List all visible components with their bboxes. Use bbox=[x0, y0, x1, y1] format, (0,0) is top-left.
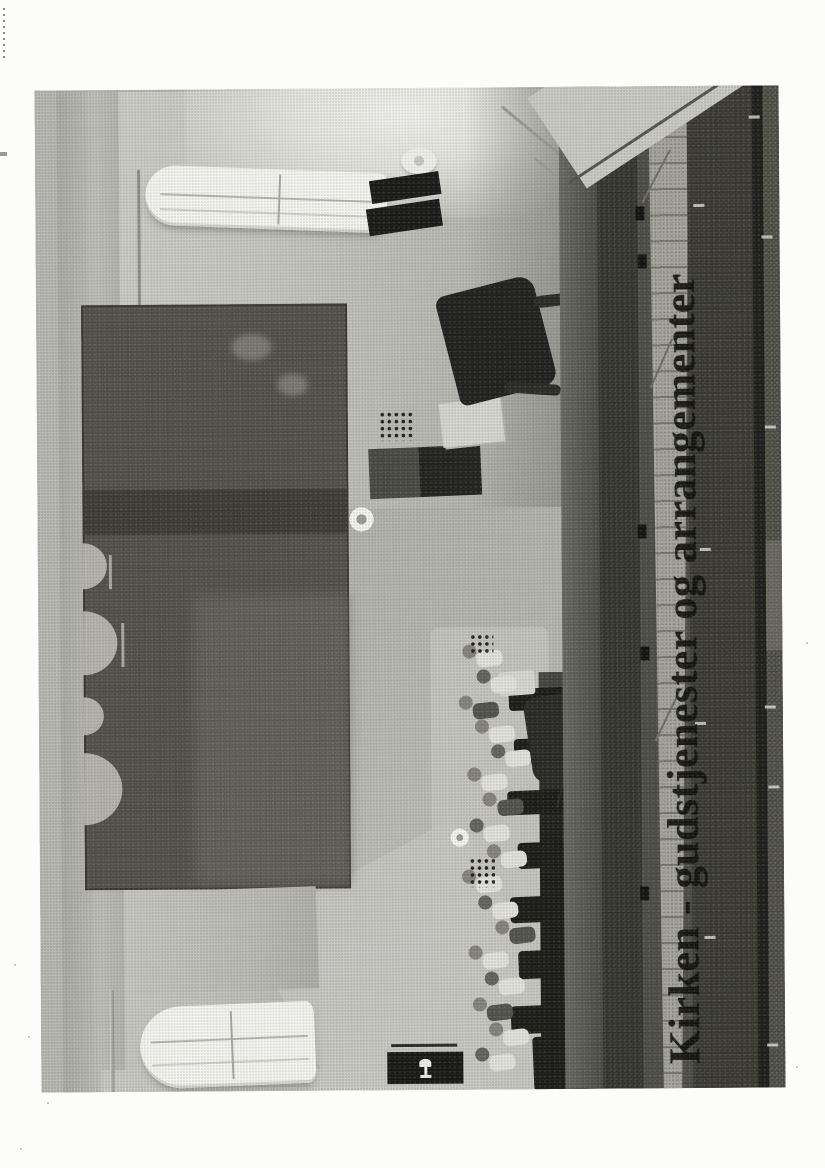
mortar-dash bbox=[768, 785, 779, 788]
window-mullion bbox=[230, 1011, 235, 1080]
church-interior-photo: Kirken - gudstjenester og arrangementer bbox=[35, 85, 786, 1092]
person-body bbox=[497, 798, 525, 817]
brick-dark-strip bbox=[596, 86, 643, 1088]
round-wall-lamp bbox=[347, 505, 375, 533]
scan-speck bbox=[806, 642, 808, 644]
brick-header bbox=[638, 524, 647, 538]
person-head bbox=[473, 997, 487, 1011]
round-wall-lamp bbox=[450, 828, 470, 848]
person-body bbox=[498, 977, 526, 996]
scan-artifact-dotline bbox=[3, 8, 5, 60]
person-body bbox=[481, 773, 509, 792]
person-head bbox=[482, 792, 496, 806]
person-head bbox=[475, 1047, 489, 1061]
table-lamp-icon bbox=[420, 1075, 431, 1078]
fresco-fan-figure bbox=[84, 697, 104, 735]
photo-caption: Kirken - gudstjenester og arrangementer bbox=[653, 214, 723, 1064]
mortar-dash bbox=[765, 705, 776, 708]
fresco-figure-stem bbox=[109, 555, 112, 589]
person-head bbox=[475, 719, 489, 733]
wall-fresco bbox=[81, 303, 351, 890]
window-glazing-bar bbox=[151, 1058, 308, 1067]
scan-speck bbox=[796, 1066, 798, 1068]
fresco-figure bbox=[231, 334, 271, 360]
fresco-fan-figure bbox=[83, 543, 107, 589]
brick-header bbox=[638, 254, 647, 268]
scanned-page: Kirken - gudstjenester og arrangementer bbox=[0, 0, 825, 1168]
cabinet-shelf-line bbox=[391, 1044, 457, 1047]
arched-window-upper bbox=[144, 165, 388, 234]
organ-console bbox=[368, 445, 482, 500]
window-mullion bbox=[277, 174, 281, 224]
window-glazing-bar bbox=[159, 208, 377, 218]
ventilation-grille bbox=[469, 857, 495, 887]
person-body bbox=[488, 725, 516, 744]
person-body bbox=[491, 901, 519, 920]
table-lamp-icon bbox=[419, 1059, 431, 1067]
table-lamp-icon bbox=[424, 1067, 427, 1075]
fresco-fan-figure bbox=[84, 753, 123, 825]
person-body bbox=[488, 1053, 516, 1072]
fresco-figure bbox=[277, 374, 307, 396]
person-body bbox=[504, 749, 532, 768]
person-body bbox=[502, 1028, 530, 1047]
ceiling-light bbox=[401, 148, 437, 174]
fresco-fan-figure bbox=[83, 611, 117, 675]
arched-window-lower bbox=[139, 1001, 317, 1090]
rear-wall-panel bbox=[128, 886, 319, 994]
brick-light-patch bbox=[766, 540, 783, 650]
ventilation-grille bbox=[379, 411, 415, 441]
person-body bbox=[509, 926, 537, 945]
person-body bbox=[500, 850, 528, 869]
mortar-dash bbox=[762, 235, 773, 238]
person-body bbox=[490, 675, 518, 694]
lamp-cabinet bbox=[387, 1052, 463, 1085]
fresco-dark-band bbox=[82, 488, 348, 535]
fresco-figure-stem bbox=[121, 623, 124, 667]
person-head bbox=[485, 971, 499, 985]
mortar-dash bbox=[749, 116, 760, 119]
window-glazing-bar bbox=[160, 193, 378, 203]
scan-speck bbox=[14, 964, 16, 966]
brick-header bbox=[635, 206, 644, 220]
person-head bbox=[491, 744, 505, 758]
fresco-light-patch bbox=[193, 593, 351, 884]
brick-header bbox=[640, 886, 649, 900]
scan-speck bbox=[47, 1102, 49, 1104]
person-head bbox=[470, 818, 484, 832]
person-head bbox=[468, 946, 482, 960]
person-head bbox=[489, 1022, 503, 1036]
person-head bbox=[459, 696, 473, 710]
person-body bbox=[482, 951, 510, 970]
scan-artifact-mark bbox=[0, 152, 7, 156]
person-head bbox=[487, 844, 501, 858]
scan-speck bbox=[20, 1148, 22, 1150]
person-body bbox=[486, 1003, 514, 1022]
altar-table bbox=[439, 397, 506, 448]
person-head bbox=[467, 768, 481, 782]
mortar-dash bbox=[693, 204, 704, 207]
person-head bbox=[478, 895, 492, 909]
brick-header bbox=[640, 646, 649, 660]
person-body bbox=[472, 701, 500, 720]
person-head bbox=[477, 669, 491, 683]
person-head bbox=[495, 920, 509, 934]
mortar-dash bbox=[765, 425, 776, 428]
ventilation-grille bbox=[469, 633, 493, 655]
person-body bbox=[483, 824, 511, 843]
scan-speck bbox=[28, 1036, 30, 1038]
window-glazing-bar bbox=[150, 1035, 307, 1044]
window-column-rod bbox=[110, 990, 115, 1092]
mortar-dash bbox=[767, 1043, 778, 1046]
